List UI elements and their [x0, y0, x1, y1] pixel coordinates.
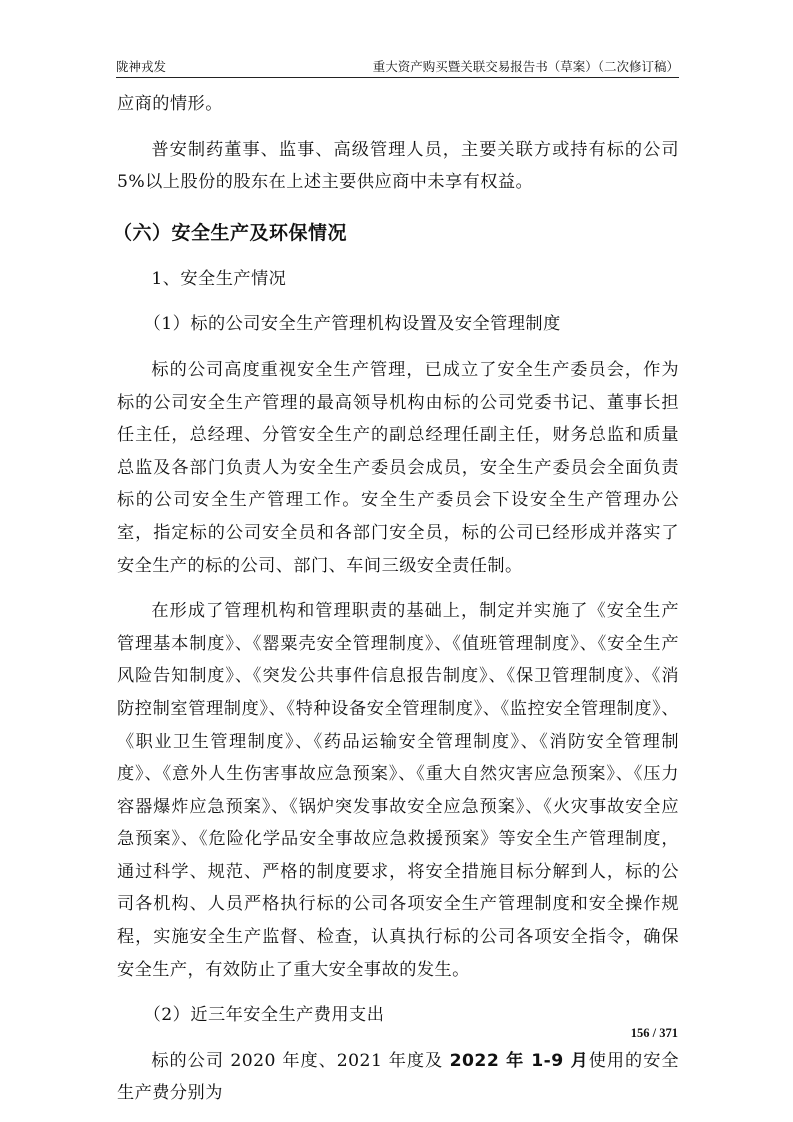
subsubsection-heading: （1）标的公司安全生产管理机构设置及安全管理制度 — [117, 308, 679, 341]
paragraph-safety-regulations: 在形成了管理机构和管理职责的基础上，制定并实施了《安全生产管理基本制度》、《罂粟… — [117, 595, 679, 986]
header-document-title: 重大资产购买暨关联交易报告书（草案）（二次修订稿） — [373, 59, 679, 75]
page-number: 156 / 371 — [631, 1026, 678, 1041]
paragraph-continuation: 应商的情形。 — [117, 88, 679, 121]
text-run-bold: 2022 年 1-9 月 — [450, 1051, 589, 1071]
text-run: 标的公司 2020 年度、2021 年度及 — [151, 1051, 449, 1071]
subsubsection-heading: （2）近三年安全生产费用支出 — [117, 999, 679, 1032]
header-company-name: 陇神戎发 — [116, 59, 166, 75]
subsection-heading: 1、安全生产情况 — [117, 263, 679, 296]
section-heading: （六）安全生产及环保情况 — [113, 217, 679, 249]
paragraph-safety-expenses: 标的公司 2020 年度、2021 年度及 2022 年 1-9 月使用的安全生… — [117, 1045, 679, 1110]
document-body: 应商的情形。 普安制药董事、监事、高级管理人员，主要关联方或持有标的公司 5%以… — [117, 88, 679, 1110]
page-header: 陇神戎发 重大资产购买暨关联交易报告书（草案）（二次修订稿） — [116, 55, 679, 78]
paragraph-supplier-interests: 普安制药董事、监事、高级管理人员，主要关联方或持有标的公司 5%以上股份的股东在… — [117, 134, 679, 199]
paragraph-safety-committee: 标的公司高度重视安全生产管理，已成立了安全生产委员会，作为标的公司安全生产管理的… — [117, 354, 679, 582]
